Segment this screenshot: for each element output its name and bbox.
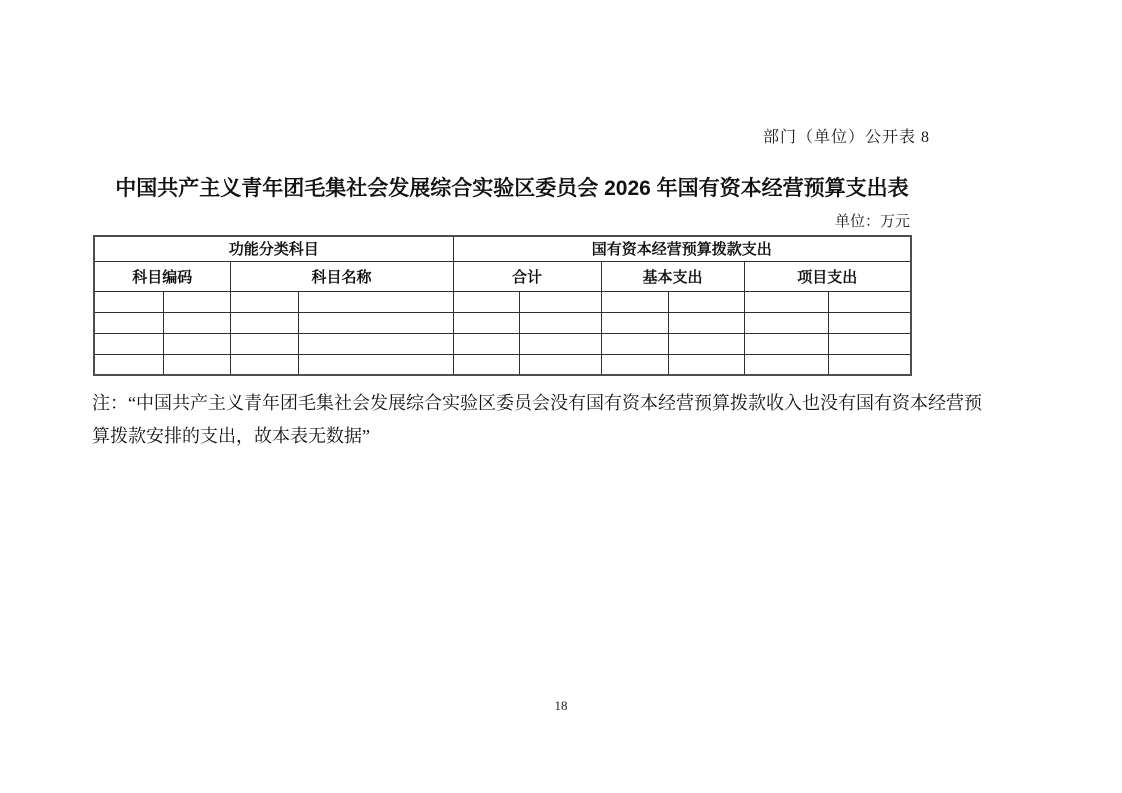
table-column-header-row: 科目编码 科目名称 合计 基本支出 项目支出 [94, 261, 911, 291]
group-header-state-capital-budget-expenditure: 国有资本经营预算拨款支出 [453, 236, 911, 261]
empty-cell [519, 312, 601, 333]
column-header-subject-name: 科目名称 [230, 261, 453, 291]
document-page: 部门（单位）公开表 8 中国共产主义青年团毛集社会发展综合实验区委员会 2026… [0, 0, 1122, 793]
empty-cell [519, 333, 601, 354]
note-line-2: 算拨款安排的支出，故本表无数据” [92, 420, 1052, 453]
empty-cell [828, 354, 911, 375]
empty-cell [163, 354, 230, 375]
empty-cell [519, 291, 601, 312]
note-paragraph: 注：“中国共产主义青年团毛集社会发展综合实验区委员会没有国有资本经营预算拨款收入… [92, 387, 1052, 453]
empty-cell [230, 354, 298, 375]
empty-cell [230, 291, 298, 312]
empty-cell [453, 333, 519, 354]
empty-cell [230, 333, 298, 354]
empty-cell [453, 291, 519, 312]
empty-cell [601, 312, 668, 333]
column-header-total: 合计 [453, 261, 601, 291]
table-group-header-row: 功能分类科目 国有资本经营预算拨款支出 [94, 236, 911, 261]
empty-cell [744, 291, 828, 312]
empty-cell [668, 312, 744, 333]
empty-cell [828, 333, 911, 354]
column-header-project-expenditure: 项目支出 [744, 261, 911, 291]
empty-cell [601, 354, 668, 375]
empty-cell [453, 312, 519, 333]
group-header-functional-classification: 功能分类科目 [94, 236, 453, 261]
empty-cell [744, 312, 828, 333]
empty-cell [601, 333, 668, 354]
empty-cell [744, 354, 828, 375]
page-title: 中国共产主义青年团毛集社会发展综合实验区委员会 2026 年国有资本经营预算支出… [97, 172, 927, 202]
empty-cell [163, 312, 230, 333]
empty-cell [94, 312, 163, 333]
table-row [94, 354, 911, 375]
table-body [94, 291, 911, 375]
empty-cell [668, 291, 744, 312]
table-row [94, 333, 911, 354]
table-row [94, 312, 911, 333]
empty-cell [163, 333, 230, 354]
empty-cell [828, 312, 911, 333]
unit-label: 单位：万元 [835, 210, 910, 231]
empty-cell [668, 333, 744, 354]
corner-table-label: 部门（单位）公开表 8 [763, 124, 930, 147]
empty-cell [298, 354, 453, 375]
empty-cell [668, 354, 744, 375]
empty-cell [298, 291, 453, 312]
empty-cell [298, 333, 453, 354]
empty-cell [828, 291, 911, 312]
page-number: 18 [0, 698, 1122, 714]
empty-cell [601, 291, 668, 312]
empty-cell [744, 333, 828, 354]
empty-cell [94, 354, 163, 375]
empty-cell [519, 354, 601, 375]
empty-cell [163, 291, 230, 312]
empty-cell [94, 291, 163, 312]
empty-cell [298, 312, 453, 333]
empty-cell [94, 333, 163, 354]
table-row [94, 291, 911, 312]
budget-table: 功能分类科目 国有资本经营预算拨款支出 科目编码 科目名称 合计 基本支出 项目… [93, 235, 912, 376]
column-header-subject-code: 科目编码 [94, 261, 230, 291]
empty-cell [230, 312, 298, 333]
note-line-1: 注：“中国共产主义青年团毛集社会发展综合实验区委员会没有国有资本经营预算拨款收入… [92, 387, 1052, 420]
column-header-basic-expenditure: 基本支出 [601, 261, 744, 291]
empty-cell [453, 354, 519, 375]
